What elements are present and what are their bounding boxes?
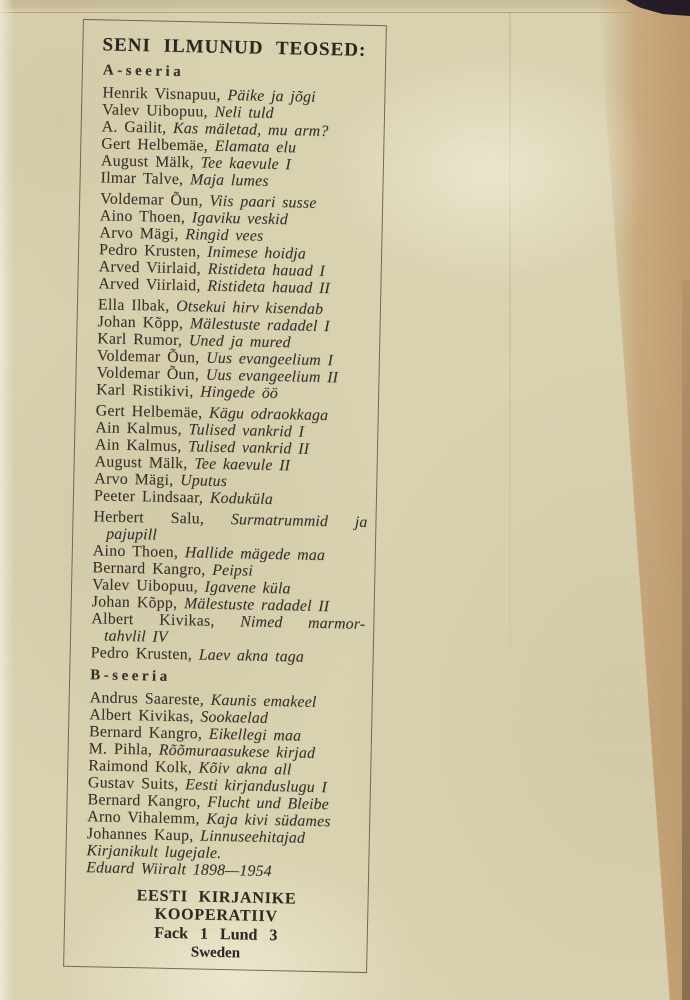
book-title: Eikellegi maa xyxy=(209,726,302,745)
book-title: Peipsi xyxy=(212,562,253,580)
section-a-seeria: A-seeriaHenrik Visnapuu, Päike ja jõgiVa… xyxy=(91,62,377,667)
author-name: Valev Uibopuu, xyxy=(92,576,198,595)
book-title: Uputus xyxy=(180,472,227,490)
scanned-book-page: SENI ILMUNUD TEOSED: A-seeriaHenrik Visn… xyxy=(0,0,690,1000)
author-name: Ella Ilbak, xyxy=(98,296,170,314)
section-b-seeria: B-seeriaAndrus Saareste, Kaunis emakeelA… xyxy=(86,667,364,882)
book-title: Nimed marmor- xyxy=(240,613,365,633)
author-name: Peeter Lindsaar, xyxy=(94,487,204,506)
book-title: Ristideta hauad II xyxy=(207,278,330,298)
book-title: Eduard Wiiralt 1898—1954 xyxy=(86,859,272,880)
author-name: Ilmar Talve, xyxy=(100,169,183,188)
author-name: Karl Ristikivi, xyxy=(96,381,194,400)
author-name: Ain Kalmus, xyxy=(95,436,182,455)
book-entry: Albert Kivikas, Nimed marmor-tahvlil IV xyxy=(91,610,366,650)
author-name: Karl Rumor, xyxy=(97,330,182,349)
book-title: Tee kaevule II xyxy=(194,455,290,474)
published-works-box: SENI ILMUNUD TEOSED: A-seeriaHenrik Visn… xyxy=(63,19,387,973)
entry-group: Voldemar Õun, Viis paari susseAino Thoen… xyxy=(98,190,374,298)
book-title: Kõiv akna all xyxy=(199,760,292,779)
book-title: Linnuseehitajad xyxy=(200,828,305,847)
book-title: Surmatrummid ja xyxy=(231,511,368,531)
author-name: Raimond Kolk, xyxy=(88,757,192,776)
author-name: Johannes Kaup, xyxy=(87,825,194,844)
book-title: Uned ja mured xyxy=(189,332,291,351)
book-title: Neli tuld xyxy=(214,104,273,122)
author-name: Aino Thoen, xyxy=(93,542,179,561)
section-heading-a-seeria: A-seeria xyxy=(103,62,377,85)
book-title: Maja lumes xyxy=(190,171,269,190)
page-left-edge-highlight xyxy=(0,0,14,1000)
book-title: Igavene küla xyxy=(204,579,290,598)
entry-group: Andrus Saareste, Kaunis emakeelAlbert Ki… xyxy=(86,689,364,882)
author-name: Johan Kõpp, xyxy=(97,313,183,332)
book-title: Ringid vees xyxy=(185,226,263,245)
page-fore-edge xyxy=(598,0,690,1000)
publisher-block: EESTI KIRJANIKEKOOPERATIIVFack 1 Lund 3S… xyxy=(64,886,367,966)
author-name: August Mälk, xyxy=(101,152,194,171)
author-name: Voldemar Õun, xyxy=(97,347,200,366)
author-name: Arved Viirlaid, xyxy=(99,258,202,277)
box-title: SENI ILMUNUD TEOSED: xyxy=(83,34,385,62)
book-entry: Herbert Salu, Surmatrummid japajupill xyxy=(93,508,368,548)
author-name: A. Gailit, xyxy=(102,118,167,136)
entry-group: Gert Helbemäe, Kägu odraokkagaAin Kalmus… xyxy=(94,402,370,510)
author-name: Voldemar Õun, xyxy=(100,190,203,209)
author-name: Gustav Suits, xyxy=(88,774,179,793)
book-title: Inimese hoidja xyxy=(207,244,306,263)
book-title: Tee kaevule I xyxy=(200,154,291,173)
book-title: Kaunis emakeel xyxy=(211,692,317,711)
author-name: Johan Kõpp, xyxy=(92,593,178,612)
author-name: Arved Viirlaid, xyxy=(98,275,201,294)
sections: A-seeriaHenrik Visnapuu, Päike ja jõgiVa… xyxy=(86,62,377,882)
author-name: Arvo Mägi, xyxy=(99,224,179,243)
book-title: Koduküla xyxy=(210,490,273,508)
author-name: Voldemar Õun, xyxy=(96,364,199,383)
book-title: Sookaelad xyxy=(200,709,268,727)
entry-group: Herbert Salu, Surmatrummid japajupillAin… xyxy=(91,508,368,667)
author-name: Arvo Mägi, xyxy=(94,470,174,489)
paper-crease xyxy=(509,12,511,652)
page-top-edge xyxy=(0,0,690,13)
author-name: Valev Uibopuu, xyxy=(102,101,208,120)
author-name: Pedro Krusten, xyxy=(99,241,201,260)
book-title: Hingede öö xyxy=(200,383,278,402)
book-title: Laev akna taga xyxy=(199,646,305,665)
author-name: Ain Kalmus, xyxy=(95,419,182,438)
entry-group: Ella Ilbak, Otsekui hirv kisendabJohan K… xyxy=(96,296,372,404)
book-title-continuation: tahvlil IV xyxy=(104,627,168,645)
book-title-continuation: pajupill xyxy=(106,526,157,544)
page-edge-shadow xyxy=(682,280,690,1000)
section-heading-b-seeria: B-seeria xyxy=(90,667,364,690)
author-name: August Mälk, xyxy=(95,453,188,472)
author-name: Pedro Krusten, xyxy=(91,644,193,663)
entry-group: Henrik Visnapuu, Päike ja jõgiValev Uibo… xyxy=(100,84,376,192)
book-title: Igaviku veskid xyxy=(192,209,288,228)
author-name: Aino Thoen, xyxy=(100,207,186,226)
book-title: Päike ja jõgi xyxy=(227,87,316,106)
author-name: M. Pihla, xyxy=(88,740,152,758)
book-title: Elamata elu xyxy=(215,138,297,157)
author-name: Albert Kivikas, xyxy=(89,706,194,725)
